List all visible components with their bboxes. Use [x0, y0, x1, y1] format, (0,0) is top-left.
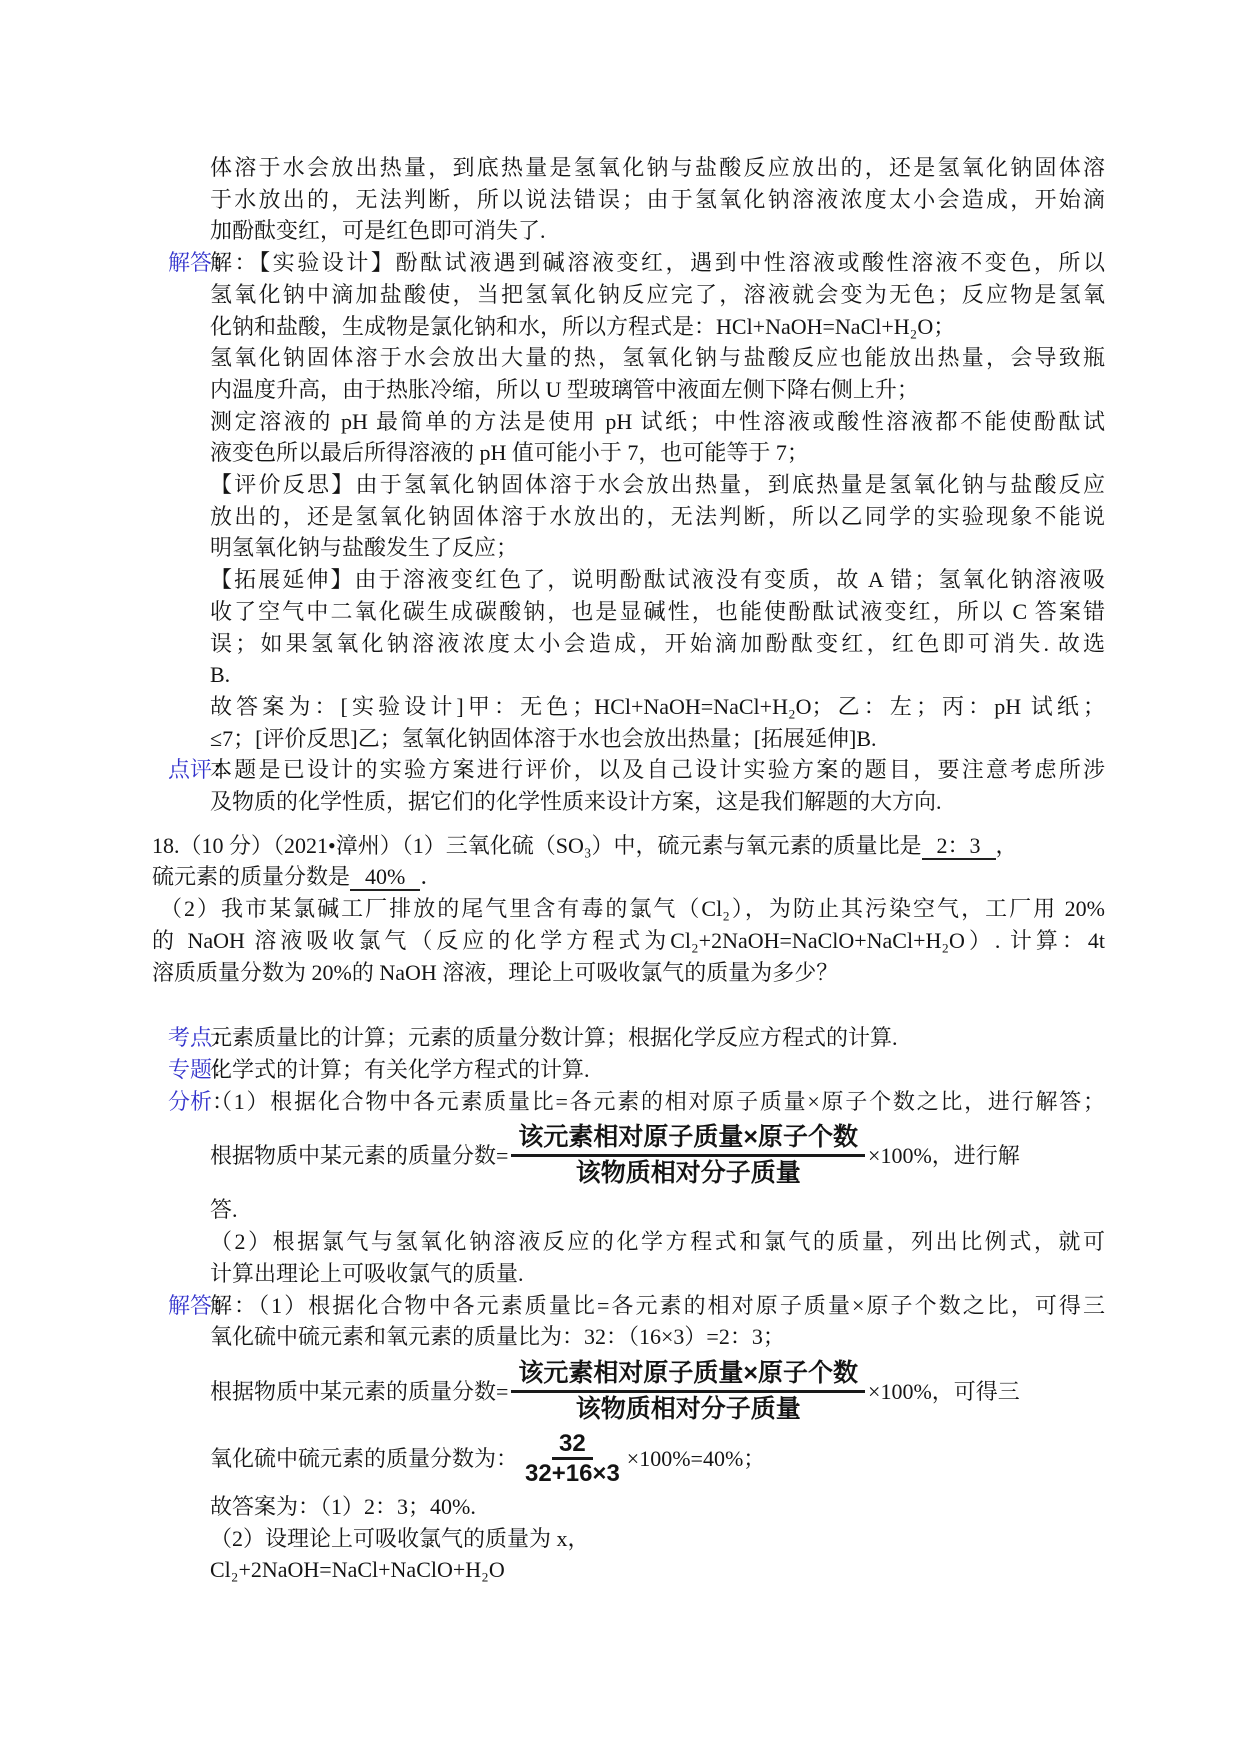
formula-text: ×100%=40%；: [627, 1443, 765, 1475]
section-label-colon: ：: [212, 250, 234, 275]
document-page: 体溶于水会放出热量，到底热量是氢氧化钠与盐酸反应放出的，还是氢氧化钠固体溶 于水…: [0, 0, 1241, 1754]
section-label-text: 考点: [168, 1025, 212, 1050]
formula-text: 根据物质中某元素的质量分数=: [210, 1376, 508, 1408]
formula-text: 根据物质中某元素的质量分数=: [210, 1140, 508, 1172]
question-18: 18.（10 分）（2021•漳州）（1）三氧化硫（SO₃）中，硫元素与氧元素的…: [152, 830, 1105, 989]
fraction-denominator: 32+16×3: [521, 1460, 624, 1487]
text-line: 体溶于水会放出热量，到底热量是氢氧化钠与盐酸反应放出的，还是氢氧化钠固体溶: [210, 152, 1105, 184]
section-label-colon: ：: [212, 1025, 234, 1050]
formula-line: 氧化硫中硫元素的质量分数为：3232+16×3×100%=40%；: [210, 1430, 1105, 1487]
text-line: 内温度升高，由于热胀冷缩，所以 U 型玻璃管中液面左侧下降右侧上升；: [210, 374, 1105, 406]
text-line: 明氢氧化钠与盐酸发生了反应；: [210, 532, 1105, 564]
section-label-colon: ：: [212, 1057, 234, 1082]
text-line: 氢氧化钠中滴加盐酸使，当把氢氧化钠反应完了，溶液就会变为无色；反应物是氢氧: [210, 279, 1105, 311]
fraction: 该元素相对原子质量×原子个数该物质相对分子质量: [511, 1357, 865, 1426]
text-line: 【评价反思】由于氢氧化钠固体溶于水会放出热量，到底热量是氢氧化钠与盐酸反应: [210, 469, 1105, 501]
text-line: 及物质的化学性质，据它们的化学性质来设计方案，这是我们解题的大方向.: [210, 786, 1105, 818]
fraction-denominator: 该物质相对分子质量: [572, 1157, 805, 1190]
text-line: 故答案为：（1）2：3；40%.: [210, 1491, 1105, 1523]
chemical-equation: Cl₂+2NaOH=NaCl+NaClO+H₂O: [210, 1554, 1105, 1586]
text-line: （2）设理论上可吸收氯气的质量为 x，: [210, 1523, 1105, 1555]
section-label: 考点：: [168, 1022, 234, 1054]
text-line: （1）根据化合物中各元素质量比=各元素的相对原子质量×原子个数之比，进行解答；: [210, 1086, 1105, 1118]
question-line: 的 NaOH 溶液吸收氯气（反应的化学方程式为Cl₂+2NaOH=NaClO+N…: [152, 925, 1105, 957]
section-kaodian: 考点： 元素质量比的计算；元素的质量分数计算；根据化学反应方程式的计算.: [152, 1022, 1105, 1054]
section-label-text: 点评: [168, 757, 212, 782]
text-line: 放出的，还是氢氧化钠固体溶于水放出的，无法判断，所以乙同学的实验现象不能说: [210, 501, 1105, 533]
question-text: ，: [996, 833, 1018, 858]
section-label-colon: ：: [212, 1293, 234, 1318]
text-line: 解：（1）根据化合物中各元素质量比=各元素的相对原子质量×原子个数之比，可得三: [210, 1290, 1105, 1322]
question-line: （2）我市某氯碱工厂排放的尾气里含有毒的氯气（Cl₂），为防止其污染空气，工厂用…: [152, 893, 1105, 925]
section-label-colon: ：: [212, 1089, 234, 1114]
formula-line: 根据物质中某元素的质量分数=该元素相对原子质量×原子个数该物质相对分子质量×10…: [210, 1357, 1105, 1426]
text-line: 解：【实验设计】酚酞试液遇到碱溶液变红，遇到中性溶液或酸性溶液不变色，所以: [210, 247, 1105, 279]
text-line: 氢氧化钠固体溶于水会放出大量的热，氢氧化钠与盐酸反应也能放出热量，会导致瓶: [210, 342, 1105, 374]
blank-answer-mass-ratio: 2：3: [922, 833, 996, 860]
question-line-with-blank: 18.（10 分）（2021•漳州）（1）三氧化硫（SO₃）中，硫元素与氧元素的…: [152, 830, 1105, 862]
section-label-colon: ：: [212, 757, 234, 782]
section-jieda-q18: 解答： 解：（1）根据化合物中各元素质量比=各元素的相对原子质量×原子个数之比，…: [152, 1290, 1105, 1587]
fraction: 3232+16×3: [521, 1430, 624, 1487]
question-text: 硫元素的质量分数是: [152, 864, 350, 889]
blank-answer-mass-fraction: 40%: [350, 864, 420, 891]
section-label: 点评：: [168, 754, 234, 786]
section-label: 专题：: [168, 1054, 234, 1086]
text-line: 【拓展延伸】由于溶液变红色了，说明酚酞试液没有变质，故 A 错；氢氧化钠溶液吸: [210, 564, 1105, 596]
section-label: 分析：: [168, 1086, 234, 1118]
text-line: 液变色所以最后所得溶液的 pH 值可能小于 7，也可能等于 7；: [210, 437, 1105, 469]
section-label: 解答：: [168, 247, 234, 279]
fraction-numerator: 该元素相对原子质量×原子个数: [511, 1357, 865, 1393]
section-label: 解答：: [168, 1290, 234, 1322]
text-line: 元素质量比的计算；元素的质量分数计算；根据化学反应方程式的计算.: [210, 1022, 1105, 1054]
section-dianping: 点评： 本题是已设计的实验方案进行评价，以及自己设计实验方案的题目，要注意考虑所…: [152, 754, 1105, 817]
section-jieda-q17: 解答： 解：【实验设计】酚酞试液遇到碱溶液变红，遇到中性溶液或酸性溶液不变色，所…: [152, 247, 1105, 754]
text-line: 化钠和盐酸，生成物是氯化钠和水，所以方程式是：HCl+NaOH=NaCl+H₂O…: [210, 311, 1105, 343]
text-line: 收了空气中二氧化碳生成碳酸钠，也是显碱性，也能使酚酞试液变红，所以 C 答案错: [210, 596, 1105, 628]
formula-text: ×100%，可得三: [868, 1376, 1020, 1408]
fraction: 该元素相对原子质量×原子个数该物质相对分子质量: [511, 1121, 865, 1190]
fraction-numerator: 该元素相对原子质量×原子个数: [511, 1121, 865, 1157]
section-label-text: 分析: [168, 1089, 212, 1114]
document-content: 体溶于水会放出热量，到底热量是氢氧化钠与盐酸反应放出的，还是氢氧化钠固体溶 于水…: [152, 152, 1105, 1586]
previous-answer-tail: 体溶于水会放出热量，到底热量是氢氧化钠与盐酸反应放出的，还是氢氧化钠固体溶 于水…: [152, 152, 1105, 247]
text-line: 化学式的计算；有关化学方程式的计算.: [210, 1054, 1105, 1086]
text-line: B.: [210, 659, 1105, 691]
section-label-text: 解答: [168, 250, 212, 275]
text-line: 测定溶液的 pH 最简单的方法是使用 pH 试纸；中性溶液或酸性溶液都不能使酚酞…: [210, 406, 1105, 438]
question-line-with-blank: 硫元素的质量分数是40%．: [152, 861, 1105, 893]
formula-text: ×100%，进行解: [868, 1140, 1020, 1172]
text-line: 加酚酞变红，可是红色即可消失了.: [210, 215, 1105, 247]
text-line: ≤7；[评价反思]乙；氢氧化钠固体溶于水也会放出热量；[拓展延伸]B.: [210, 723, 1105, 755]
question-text: 18.（10 分）（2021•漳州）（1）三氧化硫（SO₃）中，硫元素与氧元素的…: [152, 833, 922, 858]
text-line: 于水放出的，无法判断，所以说法错误；由于氢氧化钠溶液浓度太小会造成，开始滴: [210, 184, 1105, 216]
text-line: 计算出理论上可吸收氯气的质量.: [210, 1258, 1105, 1290]
text-line: 答.: [210, 1194, 1105, 1226]
text-line: （2）根据氯气与氢氧化钠溶液反应的化学方程式和氯气的质量，列出比例式，就可: [210, 1226, 1105, 1258]
fraction-denominator: 该物质相对分子质量: [572, 1393, 805, 1426]
formula-text: 氧化硫中硫元素的质量分数为：: [210, 1443, 518, 1475]
section-fenxi: 分析： （1）根据化合物中各元素质量比=各元素的相对原子质量×原子个数之比，进行…: [152, 1086, 1105, 1290]
text-line: 误；如果氢氧化钠溶液浓度太小会造成，开始滴加酚酞变红，红色即可消失. 故选: [210, 628, 1105, 660]
text-line: 故答案为：[实验设计]甲：无色；HCl+NaOH=NaCl+H₂O；乙：左；丙：…: [210, 691, 1105, 723]
question-text: ．: [420, 864, 442, 889]
section-label-text: 解答: [168, 1293, 212, 1318]
section-zhuanti: 专题： 化学式的计算；有关化学方程式的计算.: [152, 1054, 1105, 1086]
fraction-numerator: 32: [552, 1430, 593, 1460]
formula-line: 根据物质中某元素的质量分数=该元素相对原子质量×原子个数该物质相对分子质量×10…: [210, 1121, 1105, 1190]
section-label-text: 专题: [168, 1057, 212, 1082]
question-line: 溶质质量分数为 20%的 NaOH 溶液，理论上可吸收氯气的质量为多少？: [152, 957, 1105, 989]
text-line: 本题是已设计的实验方案进行评价，以及自己设计实验方案的题目，要注意考虑所涉: [210, 754, 1105, 786]
text-line: 氧化硫中硫元素和氧元素的质量比为：32：（16×3）=2：3；: [210, 1321, 1105, 1353]
